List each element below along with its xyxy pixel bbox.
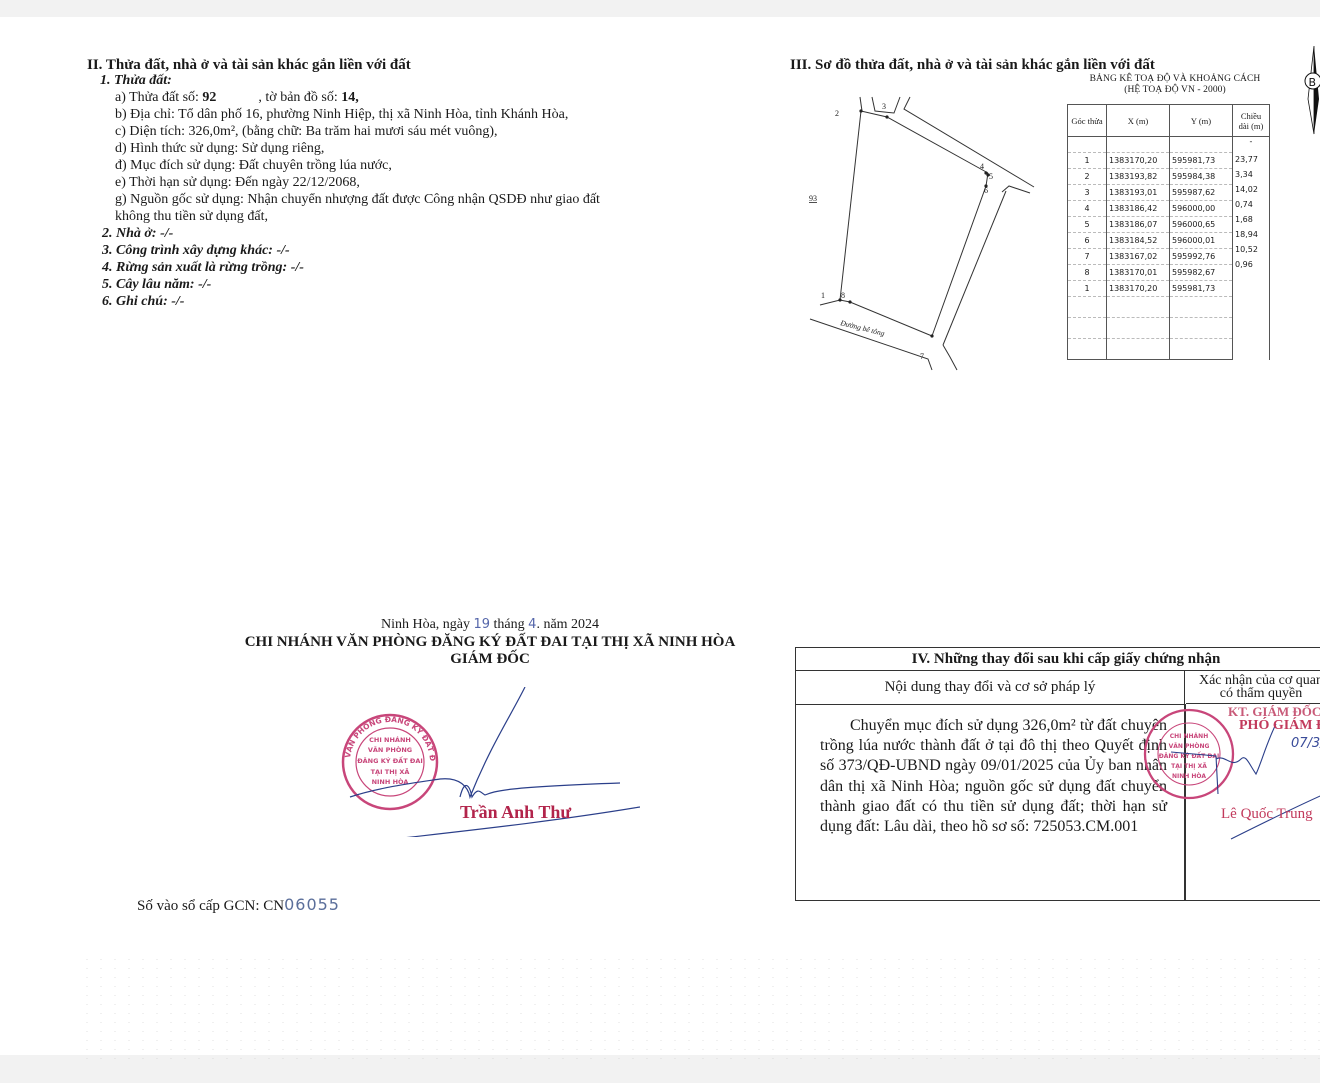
- col-header-confirmation: Xác nhận của cơ quan có thẩm quyền: [1186, 671, 1320, 704]
- stamp-inner-3: ĐĂNG KÝ ĐẤT ĐAI: [357, 755, 423, 765]
- vertex-1-label: 1: [821, 291, 825, 300]
- segment-length: 18,94: [1235, 227, 1267, 242]
- col-header-y: Y (m): [1170, 105, 1233, 137]
- empty-cell: [1170, 297, 1233, 318]
- coord-y-cell: 595982,67: [1170, 265, 1233, 281]
- empty-cell: [1107, 339, 1170, 360]
- segment-length: 0,74: [1235, 197, 1267, 212]
- parcel-prefix: a) Thửa đất số:: [115, 90, 202, 105]
- coordinate-table: Góc thửa X (m) Y (m) Chiều dài (m) -23,7…: [1067, 104, 1270, 360]
- house-line: 2. Nhà ở: -/-: [102, 226, 173, 243]
- coord-table-subcaption: (HỆ TOẠ ĐỘ VN - 2000): [1060, 85, 1290, 95]
- parcel-number: 92: [202, 90, 216, 105]
- coord-y-cell: 595992,76: [1170, 249, 1233, 265]
- vertex-3-label: 3: [882, 102, 886, 111]
- empty-cell: [1068, 339, 1107, 360]
- approval-stamp-inner-4: TẠI THỊ XÃ: [1171, 763, 1207, 770]
- coord-y-cell: 596000,01: [1170, 233, 1233, 249]
- place-date: Ninh Hòa, ngày 19 tháng 4. năm 2024: [210, 617, 770, 633]
- coord-vertex-cell: 2: [1068, 169, 1107, 185]
- vertex-4-label: 4: [980, 162, 984, 171]
- map-prefix: , tờ bản đồ số:: [258, 90, 341, 105]
- place-date-prefix: Ninh Hòa, ngày: [381, 617, 474, 632]
- empty-cell: [1170, 137, 1233, 153]
- col-header-length: Chiều dài (m): [1233, 105, 1270, 137]
- vertex-6-label: 6: [984, 186, 988, 195]
- coord-vertex-cell: 1: [1068, 153, 1107, 169]
- empty-cell: [1170, 339, 1233, 360]
- coord-vertex-cell: 4: [1068, 201, 1107, 217]
- approver-title-2: PHÓ GIÁM ĐỐC: [1239, 718, 1320, 734]
- coord-x-cell: 1383170,01: [1107, 265, 1170, 281]
- empty-cell: [1068, 137, 1107, 153]
- issuing-office: CHI NHÁNH VĂN PHÒNG ĐĂNG KÝ ĐẤT ĐAI TẠI …: [210, 634, 770, 651]
- approval-stamp-inner-1: CHI NHÁNH: [1170, 733, 1208, 740]
- other-works-line: 3. Công trình xây dựng khác: -/-: [102, 243, 290, 260]
- coord-x-cell: 1383186,07: [1107, 217, 1170, 233]
- segment-length: 10,52: [1235, 242, 1267, 257]
- coord-x-cell: 1383170,20: [1107, 281, 1170, 297]
- coord-x-cell: 1383193,01: [1107, 185, 1170, 201]
- road-label: Đường bê tông: [839, 318, 886, 338]
- gcn-registry-number: 06055: [284, 895, 340, 914]
- col-header-change-content: Nội dung thay đổi và cơ sở pháp lý: [796, 671, 1185, 705]
- certificate-page: II. Thửa đất, nhà ở và tài sản khác gắn …: [0, 17, 1320, 1055]
- scan-noise: [80, 955, 1320, 1060]
- stamp-inner-1: CHI NHÁNH: [369, 735, 411, 744]
- land-heading: 1. Thửa đất:: [100, 73, 172, 89]
- parcel-line: a) Thửa đất số: 92, tờ bản đồ số: 14,: [115, 90, 359, 107]
- coord-y-cell: 595984,38: [1170, 169, 1233, 185]
- col-header-x: X (m): [1107, 105, 1170, 137]
- empty-cell: [1107, 318, 1170, 339]
- changes-table: IV. Những thay đổi sau khi cấp giấy chứn…: [795, 647, 1320, 901]
- segment-length: 14,02: [1235, 182, 1267, 197]
- perennial-line: 5. Cây lâu năm: -/-: [102, 277, 211, 294]
- segment-length: 3,34: [1235, 167, 1267, 182]
- coord-x-cell: 1383167,02: [1107, 249, 1170, 265]
- coord-y-cell: 595987,62: [1170, 185, 1233, 201]
- segment-length: 1,68: [1235, 212, 1267, 227]
- origin-line-1: g) Nguồn gốc sử dụng: Nhận chuyển nhượng…: [115, 192, 600, 209]
- coord-y-cell: 595981,73: [1170, 153, 1233, 169]
- coord-vertex-cell: 3: [1068, 185, 1107, 201]
- coord-y-cell: 595981,73: [1170, 281, 1233, 297]
- col-header-vertex: Góc thửa: [1068, 105, 1107, 137]
- vertex-2-label: 2: [835, 109, 839, 118]
- section-3-title: III. Sơ đồ thửa đất, nhà ở và tài sản kh…: [790, 57, 1155, 74]
- stamp-inner-2: VĂN PHÒNG: [368, 745, 412, 754]
- coord-x-cell: 1383193,82: [1107, 169, 1170, 185]
- coord-vertex-cell: 6: [1068, 233, 1107, 249]
- empty-cell: [1107, 297, 1170, 318]
- section-2-title: II. Thửa đất, nhà ở và tài sản khác gắn …: [87, 57, 411, 74]
- gcn-registry: Số vào sổ cấp GCN: CN06055: [137, 897, 340, 915]
- handwritten-day: 19: [474, 617, 491, 632]
- coord-vertex-cell: 1: [1068, 281, 1107, 297]
- use-form-line: d) Hình thức sử dụng: Sử dụng riêng,: [115, 141, 324, 158]
- confirm-header-line-2: có thẩm quyền: [1186, 687, 1320, 700]
- empty-cell: [1170, 318, 1233, 339]
- change-entry: Chuyển mục đích sử dụng 326,0m² từ đất c…: [820, 716, 1167, 837]
- origin-line-2: không thu tiền sử dụng đất,: [115, 209, 268, 226]
- map-number: 14,: [341, 90, 359, 105]
- coord-x-cell: 1383186,42: [1107, 201, 1170, 217]
- length-dash: -: [1235, 137, 1267, 152]
- coord-x-cell: 1383184,52: [1107, 233, 1170, 249]
- coord-vertex-cell: 5: [1068, 217, 1107, 233]
- address-line: b) Địa chỉ: Tổ dân phố 16, phường Ninh H…: [115, 107, 568, 124]
- coord-vertex-cell: 7: [1068, 249, 1107, 265]
- stamp-inner-4: TẠI THỊ XÃ: [371, 767, 410, 776]
- approver-name: Lê Quốc Trung: [1221, 806, 1313, 823]
- segment-length: 0,96: [1235, 257, 1267, 272]
- coord-y-cell: 596000,65: [1170, 217, 1233, 233]
- signer-role: GIÁM ĐỐC: [210, 651, 770, 668]
- forest-line: 4. Rừng sản xuất là rừng trồng: -/-: [102, 260, 304, 277]
- signer-name: Trần Anh Thư: [460, 802, 571, 823]
- use-term-line: e) Thời hạn sử dụng: Đến ngày 22/12/2068…: [115, 175, 360, 192]
- gcn-registry-label: Số vào sổ cấp GCN: CN: [137, 898, 284, 914]
- vertex-7-label: 7: [920, 352, 924, 361]
- length-column: -23,773,3414,020,741,6818,9410,520,96: [1233, 137, 1270, 360]
- notes-line: 6. Ghi chú: -/-: [102, 294, 184, 311]
- neighbor-parcel-label: 93: [809, 194, 817, 203]
- area-line: c) Diện tích: 326,0m², (bằng chữ: Ba tră…: [115, 124, 498, 141]
- year-suffix: . năm 2024: [536, 617, 599, 632]
- vertex-5-label: 5: [989, 172, 993, 181]
- coord-y-cell: 596000,00: [1170, 201, 1233, 217]
- vertex-8-label: 8: [841, 291, 845, 300]
- coord-table-caption: BẢNG KÊ TOẠ ĐỘ VÀ KHOẢNG CÁCH: [1060, 74, 1290, 84]
- empty-cell: [1068, 318, 1107, 339]
- change-entry-text: Chuyển mục đích sử dụng 326,0m² từ đất c…: [820, 717, 1167, 835]
- coord-spacer-row: -23,773,3414,020,741,6818,9410,520,96: [1068, 137, 1270, 153]
- empty-cell: [1068, 297, 1107, 318]
- empty-cell: [1107, 137, 1170, 153]
- approver-handwritten-date: 07/3/: [1291, 736, 1320, 751]
- north-label: B: [1309, 76, 1317, 89]
- parcel-diagram: 2 3 4 5 6 7 8 1 93 Đường bê tông: [800, 87, 1050, 387]
- segment-length: 23,77: [1235, 152, 1267, 167]
- red-stamp-icon: VĂN PHÒNG ĐĂNG KÝ ĐẤT ĐAI TỈNH KHÁNH HÒA…: [320, 687, 437, 809]
- section-4-title: IV. Những thay đổi sau khi cấp giấy chứn…: [796, 648, 1320, 671]
- coord-vertex-cell: 8: [1068, 265, 1107, 281]
- approval-stamp-inner-2: VĂN PHÒNG: [1169, 743, 1210, 750]
- month-prefix: tháng: [490, 617, 528, 632]
- coord-x-cell: 1383170,20: [1107, 153, 1170, 169]
- approval-stamp-inner-5: NINH HÒA: [1172, 773, 1206, 780]
- coordinate-table-body: -23,773,3414,020,741,6818,9410,520,96113…: [1068, 137, 1270, 360]
- use-purpose-line: đ) Mục đích sử dụng: Đất chuyên trồng lú…: [115, 158, 392, 175]
- north-arrow-icon: B: [1300, 44, 1320, 139]
